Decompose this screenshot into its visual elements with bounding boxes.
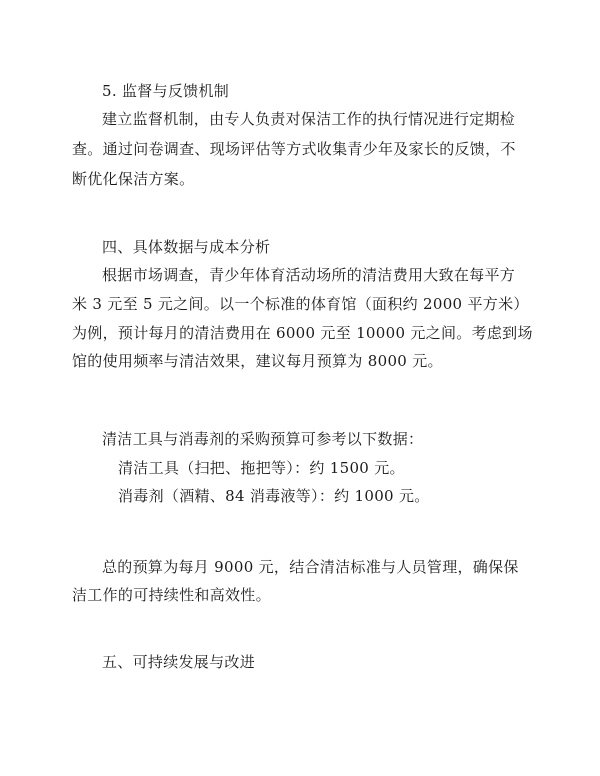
section-heading-cost-analysis: 四、具体数据与成本分析	[102, 238, 270, 256]
paragraph-line: 断优化保洁方案。	[72, 170, 194, 188]
purchase-item-tools: 清洁工具（扫把、拖把等）：约 1500 元。	[118, 459, 405, 477]
paragraph-line: 为例，预计每月的清洁费用在 6000 元至 10000 元之间。考虑到场	[72, 324, 533, 342]
section-heading-sustainability: 五、可持续发展与改进	[102, 653, 255, 671]
paragraph-line: 总的预算为每月 9000 元，结合清洁标准与人员管理，确保保	[102, 558, 519, 576]
section-heading-supervision: 5. 监督与反馈机制	[102, 82, 229, 100]
paragraph-line: 洁工作的可持续性和高效性。	[72, 586, 271, 604]
paragraph-line: 建立监督机制，由专人负责对保洁工作的执行情况进行定期检	[102, 110, 515, 128]
purchase-intro: 清洁工具与消毒剂的采购预算可参考以下数据：	[102, 430, 423, 448]
paragraph-line: 馆的使用频率与清洁效果，建议每月预算为 8000 元。	[72, 352, 443, 370]
paragraph-line: 根据市场调查，青少年体育活动场所的清洁费用大致在每平方	[102, 266, 515, 284]
paragraph-line: 查。通过问卷调查、现场评估等方式收集青少年及家长的反馈，不	[72, 140, 516, 158]
purchase-item-disinfectant: 消毒剂（酒精、84 消毒液等）：约 1000 元。	[118, 487, 430, 505]
paragraph-line: 米 3 元至 5 元之间。以一个标准的体育馆（面积约 2000 平方米）	[72, 295, 529, 313]
